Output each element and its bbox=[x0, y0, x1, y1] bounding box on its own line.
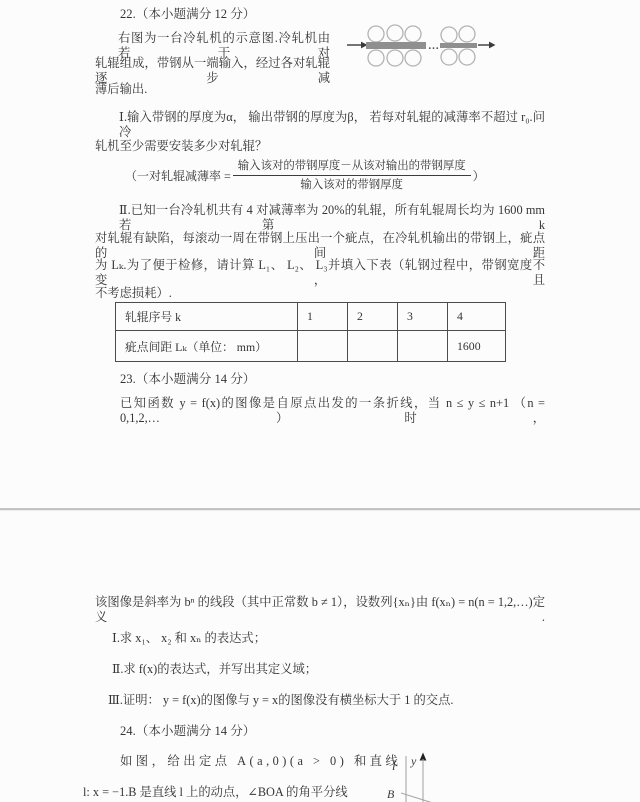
q22-intro-line-3: 薄后输出. bbox=[95, 82, 147, 97]
table-cell-L4: 1600 bbox=[448, 331, 506, 362]
q22-part1-line-1: Ⅰ.输入带钢的厚度为α， 输出带钢的厚度为β， 若每对轧辊的减薄率不超过 r₀.… bbox=[119, 110, 545, 140]
table-cell-k4: 4 bbox=[448, 303, 506, 331]
table-cell-L-label: 疵点间距 Lₖ（单位： mm） bbox=[116, 331, 298, 362]
table-cell-k-label: 轧辊序号 k bbox=[116, 303, 298, 331]
formula-numerator: 输入该对的带钢厚度－从该对输出的带钢厚度 bbox=[233, 158, 471, 176]
formula-fraction: 输入该对的带钢厚度－从该对输出的带钢厚度 输入该对的带钢厚度 bbox=[233, 158, 471, 193]
table-cell-L2 bbox=[348, 331, 398, 362]
table-row-L: 疵点间距 Lₖ（单位： mm） 1600 bbox=[116, 331, 506, 362]
input-arrow-icon bbox=[347, 42, 368, 49]
axis-figure: l y B bbox=[383, 750, 475, 802]
q24-line-2: l: x = −1.B 是直线 l 上的动点，∠BOA 的角平分线 bbox=[83, 785, 348, 800]
q24-line-1: 如图，给出定点 A(a,0)(a > 0) 和直线 bbox=[120, 754, 401, 769]
exam-paper-page: 22.（本小题满分 12 分） 右图为一台冷轧机的示意图.冷轧机由若干对 轧辊组… bbox=[0, 0, 640, 802]
steel-strip-thick bbox=[366, 42, 426, 49]
q22-part2-line-1: Ⅱ.已知一台冷轧机共有 4 对减薄率为 20%的轧辊，所有轧辊周长均为 1600… bbox=[119, 203, 545, 233]
q22-part2-line-3: 为 Lₖ.为了便于检修，请计算 L₁、 L₂、 L₃并填入下表（轧钢过程中，带钢… bbox=[95, 258, 545, 288]
q22-part2-line-4: 不考虑损耗）. bbox=[95, 286, 172, 301]
table-cell-k2: 2 bbox=[348, 303, 398, 331]
point-b-label: B bbox=[387, 787, 395, 801]
table-cell-k1: 1 bbox=[298, 303, 348, 331]
table-cell-k3: 3 bbox=[398, 303, 448, 331]
q23-part-2: Ⅱ.求 f(x)的表达式，并写出其定义域； bbox=[112, 662, 317, 677]
q22-part2-line-2: 对轧辊有缺陷，每滚动一周在带钢上压出一个疵点，在冷轧机输出的带钢上，疵点的间距 bbox=[95, 231, 545, 261]
q24-header: 24.（本小题满分 14 分） bbox=[120, 724, 255, 739]
reduction-formula: （一对轧辊减薄率 = 输入该对的带钢厚度－从该对输出的带钢厚度 输入该对的带钢厚… bbox=[125, 158, 485, 193]
page-separator bbox=[0, 508, 640, 511]
line-l-label: l bbox=[392, 758, 396, 773]
formula-lead: （一对轧辊减薄率 = bbox=[125, 167, 231, 184]
q22-header: 22.（本小题满分 12 分） bbox=[120, 7, 255, 22]
rolling-mill-diagram: … bbox=[345, 24, 497, 68]
q23-header: 23.（本小题满分 14 分） bbox=[120, 372, 255, 387]
formula-close: ） bbox=[473, 167, 485, 184]
table-cell-L1 bbox=[298, 331, 348, 362]
q23-line-2: 该图像是斜率为 bⁿ 的线段（其中正常数 b ≠ 1），设数列{xₙ}由 f(x… bbox=[95, 595, 545, 625]
steel-strip-thin bbox=[440, 43, 477, 48]
q23-part-1: Ⅰ.求 x₁、 x₂ 和 xₙ 的表达式； bbox=[112, 631, 266, 646]
q23-line-1: 已知函数 y = f(x)的图像是自原点出发的一条折线，当 n ≤ y ≤ n+… bbox=[120, 396, 545, 426]
table-cell-L3 bbox=[398, 331, 448, 362]
ellipsis-dots: … bbox=[428, 40, 439, 52]
q23-part-3: Ⅲ.证明： y = f(x)的图像与 y = x的图像没有横坐标大于 1 的交点… bbox=[108, 693, 453, 708]
formula-denominator: 输入该对的带钢厚度 bbox=[233, 176, 471, 193]
q22-part1-line-2: 轧机至少需要安装多少对轧辊？ bbox=[95, 139, 267, 154]
table-row-k: 轧辊序号 k 1 2 3 4 bbox=[116, 303, 506, 331]
y-axis-label: y bbox=[410, 754, 417, 768]
roller-table: 轧辊序号 k 1 2 3 4 疵点间距 Lₖ（单位： mm） 1600 bbox=[115, 302, 506, 362]
output-arrow-icon bbox=[478, 42, 496, 49]
